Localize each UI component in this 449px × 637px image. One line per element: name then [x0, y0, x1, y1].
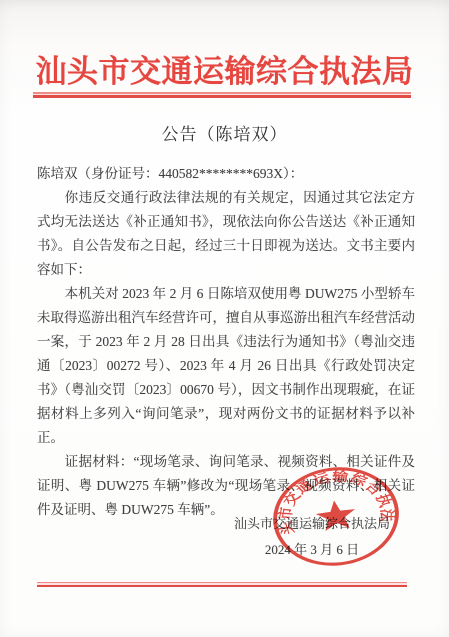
paragraph-notice: 你违反交通行政法律法规的有关规定，因通过其它法定方式均无法送达《补正通知书》，现… — [37, 186, 415, 282]
document-page: 汕头市交通运输综合执法局 公告（陈培双） 陈培双（身份证号：440582****… — [0, 0, 449, 637]
paragraph-case-details: 本机关对 2023 年 2 月 6 日陈培双使用粤 DUW275 小型轿车未取得… — [37, 282, 415, 450]
signature-agency: 汕头市交通运输综合执法局 — [234, 511, 390, 537]
agency-title: 汕头市交通运输综合执法局 — [0, 46, 449, 91]
header-rule — [33, 92, 411, 98]
signature-block: 汕头市交通运输综合执法局 2024 年 3 月 6 日 — [234, 511, 390, 563]
document-body: 陈培双（身份证号：440582********693X）： 你违反交通行政法律法… — [37, 162, 415, 522]
footer-rule — [37, 582, 407, 587]
signature-date: 2024 年 3 月 6 日 — [234, 537, 390, 563]
salutation: 陈培双（身份证号：440582********693X）： — [37, 162, 415, 186]
doc-title: 公告（陈培双） — [0, 120, 449, 145]
